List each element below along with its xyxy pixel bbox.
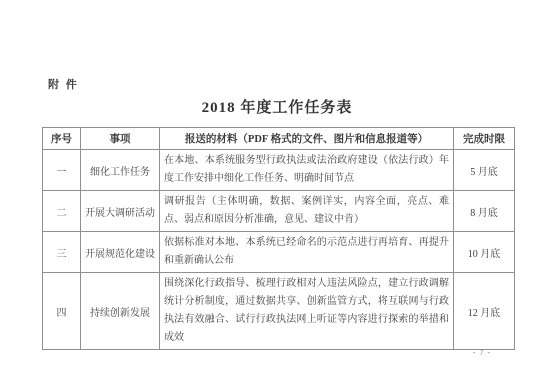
row-deadline: 10 月底 bbox=[454, 232, 515, 273]
col-header-deadline: 完成时限 bbox=[454, 128, 515, 150]
row-index: 一 bbox=[43, 150, 81, 191]
col-header-materials: 报送的材料（PDF 格式的文件、图片和信息报道等） bbox=[160, 128, 454, 150]
row-item: 细化工作任务 bbox=[81, 150, 160, 191]
row-index: 二 bbox=[43, 191, 81, 232]
row-item: 开展大调研活动 bbox=[81, 191, 160, 232]
table-row: 二 开展大调研活动 调研报告（主体明确，数据、案例详实，内容全面，亮点、难点、弱… bbox=[43, 191, 515, 232]
row-index: 四 bbox=[43, 273, 81, 350]
row-deadline: 5 月底 bbox=[454, 150, 515, 191]
work-task-table-container: 序号 事项 报送的材料（PDF 格式的文件、图片和信息报道等） 完成时限 一 细… bbox=[42, 127, 514, 350]
table-row: 三 开展规范化建设 依据标准对本地、本系统已经命名的示范点进行再培育、再提升和重… bbox=[43, 232, 515, 273]
row-deadline: 8 月底 bbox=[454, 191, 515, 232]
row-index: 三 bbox=[43, 232, 81, 273]
row-materials: 在本地、本系统服务型行政执法或法治政府建设（依法行政）年度工作安排中细化工作任务… bbox=[160, 150, 454, 191]
row-materials: 围绕深化行政指导、梳理行政相对人违法风险点，建立行政调解统计分析制度，通过数据共… bbox=[160, 273, 454, 350]
table-header-row: 序号 事项 报送的材料（PDF 格式的文件、图片和信息报道等） 完成时限 bbox=[43, 128, 515, 150]
row-materials: 调研报告（主体明确，数据、案例详实，内容全面，亮点、难点、弱点和原因分析准确，意… bbox=[160, 191, 454, 232]
col-header-item: 事项 bbox=[81, 128, 160, 150]
table-row: 一 细化工作任务 在本地、本系统服务型行政执法或法治政府建设（依法行政）年度工作… bbox=[43, 150, 515, 191]
attachment-label: 附 件 bbox=[48, 76, 79, 92]
row-item: 开展规范化建设 bbox=[81, 232, 160, 273]
table-row: 四 持续创新发展 围绕深化行政指导、梳理行政相对人违法风险点，建立行政调解统计分… bbox=[43, 273, 515, 350]
work-task-table: 序号 事项 报送的材料（PDF 格式的文件、图片和信息报道等） 完成时限 一 细… bbox=[42, 127, 515, 350]
document-page: 附 件 2018 年度工作任务表 序号 事项 报送的材料（PDF 格式的文件、图… bbox=[0, 0, 554, 391]
col-header-index: 序号 bbox=[43, 128, 81, 150]
page-title: 2018 年度工作任务表 bbox=[0, 96, 554, 117]
row-materials: 依据标准对本地、本系统已经命名的示范点进行再培育、再提升和重新确认公布 bbox=[160, 232, 454, 273]
row-item: 持续创新发展 bbox=[81, 273, 160, 350]
page-number: - 7 - bbox=[0, 348, 554, 357]
row-deadline: 12 月底 bbox=[454, 273, 515, 350]
